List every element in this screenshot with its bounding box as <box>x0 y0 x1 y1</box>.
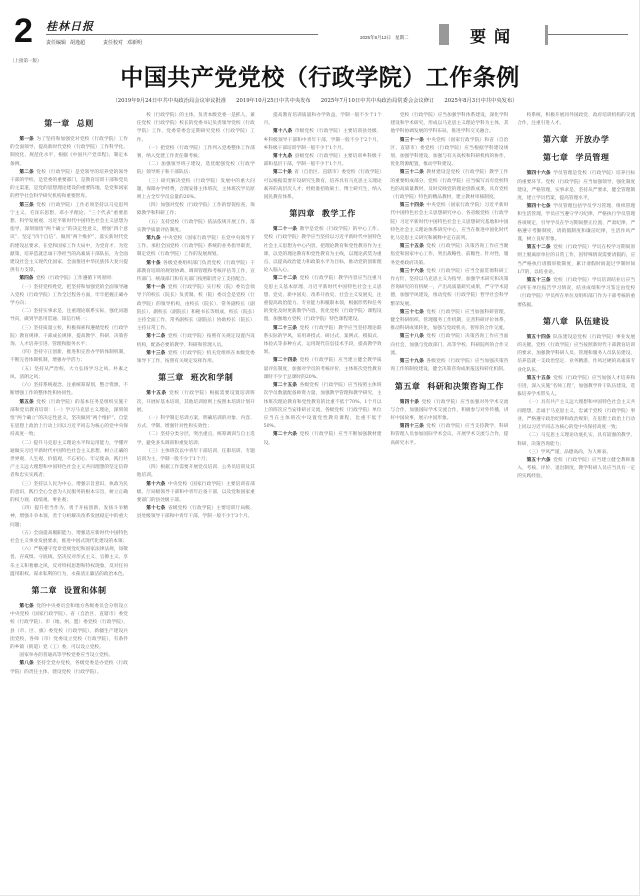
article-paragraph: 第二十六条 党校（行政学院）应当不断加强教材建设。 <box>264 431 382 447</box>
article-paragraph: 第三十九条 各级党校（行政学院）应当加强决策咨询工作的制度建设，健全决策咨询成果… <box>390 358 508 374</box>
body-paragraph: （二）加强领导班子建设，选优配强党校（行政学院）领导班子和干部队伍； <box>137 161 255 177</box>
chapter-title: 科研和决策咨询工作 <box>427 382 504 391</box>
paragraph-text: （三）主体班次以中青年干部培训、任职培训、专题培训为主，学制一般不少于1个月； <box>137 449 255 462</box>
article-label: 第二十六条 <box>273 432 300 437</box>
article-paragraph: 第四十六条 学员管理是党校（行政学院）培养目标的重要环节。党校（行政学院）应当加… <box>517 170 635 203</box>
article-label: 第五十六条 <box>527 458 554 463</box>
editor-credits: 责任编辑胡逸超责任校对邓新明 <box>46 39 146 46</box>
weekday-text: 星期二 <box>395 35 409 40</box>
chapter-title: 总则 <box>77 119 94 128</box>
paragraph-text: 党的中央委员会和地方各级委员会分别设立中央党校（国家行政学院）、省（自治区、直辖… <box>10 604 128 650</box>
paragraph-text: （四）提升担当作为，勇于开拓创新，发扬斗争精神，增强斗争本领，善于分析解决改革发… <box>10 506 128 527</box>
chapter-heading: 第三章班次和学制 <box>137 372 255 384</box>
subline-part: 2025年7月10日中共中央政治局常委会会议修订 <box>321 98 435 104</box>
body-paragraph: （四）根据工作需要开展党员培训、公务员培训及其他培训。 <box>137 464 255 480</box>
article-paragraph: 第十条 各级党委组织部门负责党校（行政学院）干部教育培训的规划协调、调训管理和考… <box>137 260 255 285</box>
article-label: 第二十条 <box>273 170 294 175</box>
article-label: 第三条 <box>19 203 36 208</box>
article-paragraph: 第五条 党校（行政学院）的基本任务是组织实施干部和党员教育培训：（一）学习马克思… <box>10 399 128 440</box>
article-label: 第三十六条 <box>400 269 427 274</box>
body-paragraph: （二）提升马克思主义理论水平和运用能力，学懂弄通做实习近平新时代中国特色社会主义… <box>10 440 128 481</box>
article-label: 第九条 <box>146 236 163 241</box>
article-subline: （2019年9月24日中共中央政治局会议审议批准2019年10月25日中共中央发… <box>0 96 640 104</box>
article-paragraph: 第三十二条 教材建设是党校（行政学院）教学工作的重要组成部分，党校（行政学院）应… <box>390 169 508 202</box>
paragraph-text: 党校（行政学院）工作遵循下列原则： <box>36 276 116 281</box>
article-label: 第四条 <box>19 276 35 281</box>
date-text: 2025年8月12日 <box>360 35 391 40</box>
article-paragraph: 第十五条 党校（行政学院）根据需要设置培训班次，开展好基本培训，其他培训原则上按… <box>137 390 255 415</box>
paragraph-text: （二）提升马克思主义理论水平和运用能力，学懂弄通做实习近平新时代中国特色社会主义… <box>10 441 128 479</box>
subline-part: 2019年10月25日中共中央发布 <box>236 98 311 104</box>
article-label: 第二十四条 <box>273 358 300 363</box>
article-label: 第五十四条 <box>527 335 554 340</box>
article-paragraph: 第二十五条 各级党校（行政学院）应当按照主体班次学员数量配备师资力量，加强教学管… <box>264 382 382 431</box>
paragraph-text: 校系统，积极开展同外国政党、政府培训机构的交流合作，注重引进人才。 <box>517 113 635 126</box>
article-label: 第四十六条 <box>527 171 554 176</box>
article-paragraph: 第五十五条 党校（行政学院）应当加强人才培养和引进，深入实施“名师工程”，加强教… <box>517 375 635 400</box>
body-paragraph: （二）马克思主义理论功底扎实，具有较强的教学、科研、决策咨询能力； <box>517 432 635 448</box>
article-label: 第二十二条 <box>273 276 300 281</box>
article-paragraph: 第四十七条 学员管理包括学员学习管理、组织管理和生活管理。学员应当遵守学习纪律，… <box>517 203 635 244</box>
body-paragraph: （三）学风严谨，品德高尚，为人师表。 <box>517 449 635 457</box>
chapter-number: 第六章 <box>543 135 569 144</box>
article-paragraph: 第二十条 省（自治区、直辖市）委党校（行政学院）可以根据需要开设研究生教育，培养… <box>264 169 382 202</box>
article-label: 第五条 <box>19 400 36 405</box>
chapter-heading: 第七章学员管理 <box>517 152 635 164</box>
paragraph-text: （二）坚持实事求是，注重理论联系实际，强化问题导向，做到学思用贯通、知信行统一； <box>10 309 128 322</box>
chapter-title: 开放办学 <box>575 135 609 144</box>
article-paragraph: 第十九条 县级党校（行政学院）主要培训乡科级干部和基层干部，学制一般不少于1个月… <box>264 153 382 169</box>
body-paragraph: （一）科学制定培训方案，明确培训的对象、内容、方式、学制，增强针对性和实效性； <box>137 415 255 431</box>
paragraph-text: （二）坚持分类分层，突出重点，统筹调训与自主选学，避免多头调训和重复培训； <box>137 432 255 445</box>
article-label: 第十九条 <box>273 154 295 159</box>
proof-label: 责任校对 <box>103 40 123 46</box>
body-paragraph: （六）严格遵守党章党规党纪和国家法律法规，知敬畏、存戒惧、守底线，坚决反对形式主… <box>10 546 128 579</box>
paragraph-text: 学员管理包括学员学习管理、组织管理和生活管理。学员应当遵守学习纪律，严格执行学员… <box>517 204 635 242</box>
article-label: 第四十三条 <box>400 424 427 429</box>
paragraph-text: （一）具有共产主义远大理想和中国特色社会主义共同理想，忠诚于马克思主义，忠诚于党… <box>517 400 635 430</box>
paragraph-text: 校（行政学院）的主体，负责本级党委一是抓人，兼任党校（行政学院）校长的党委书记负… <box>137 113 255 143</box>
body-paragraph: （五）坚持从严治校，大力弘扬学习之风、朴素之风、清朗之风； <box>10 366 128 382</box>
article-paragraph: 第七条 党的中央委员会和地方各级委员会分别设立中央党校（国家行政学院）、省（自治… <box>10 603 128 652</box>
article-label: 第四十条 <box>400 400 422 405</box>
article-label: 第七条 <box>19 604 36 609</box>
chapter-heading: 第六章开放办学 <box>517 134 635 146</box>
article-paragraph: 第八条 坚持全党办党校，各级党委是办党校（行政学院）的责任主体，建设党校（行政学… <box>10 660 128 676</box>
article-paragraph: 第三十六条 党校（行政学院）应当全面贯彻科研工作方针，坚持以马克思主义为指导，加… <box>390 268 508 309</box>
paragraph-text: 党校（行政学院）工作必须坚持以马克思列宁主义、毛泽东思想、邓小平理论、“三个代表… <box>10 203 128 274</box>
article-paragraph: 第三十七条 党校（行政学院）应当加强科研管理，健全科研组织、管理服务工作机制，完… <box>390 309 508 334</box>
body-paragraph: （三）研究解决党校（行政学院）发展中的重大问题，保障办学经费，合理安排主体班次，… <box>137 178 255 203</box>
article-paragraph: 第十七条 省级党校（行政学院）主要培训厅局级、县处级领导干部和中青年干部，学制一… <box>137 505 255 521</box>
chapter-title: 设置和体制 <box>64 586 107 595</box>
article-paragraph: 第三十五条 党校（行政学院）决策咨询工作应当聚焦党和国家中心工作，突出战略性、前… <box>390 243 508 268</box>
article-paragraph: 第五十二条 党校（行政学院）学员在校学习期间原则上脱离原单位的日常工作，因特殊情… <box>517 244 635 277</box>
paragraph-text: （六）严格遵守党章党规党纪和国家法律法规，知敬畏、存戒惧、守底线，坚决反对形式主… <box>10 547 128 577</box>
article-paragraph: 第四十条 党校（行政学院）应当加强对外学术交流与合作，加强国际学术交流合作，积极… <box>390 399 508 424</box>
editor-name: 胡逸超 <box>70 40 85 46</box>
chapter-heading: 第四章教学工作 <box>264 208 382 220</box>
body-paragraph: 党校（行政学院）应当加强学科体系建设，深化学科建设和学术研究，形成以马克思主义理… <box>390 112 508 137</box>
article-paragraph: 第二十三条 党校（行政学院）教学应当坚持理论联系实际的学风，采用讲授式、研讨式、… <box>264 325 382 358</box>
chapter-number: 第二章 <box>32 586 58 595</box>
body-paragraph: （三）坚持质量立校，积极探索和遵循党校（行政学院）教育规律，干部成长规律，提高教… <box>10 325 128 350</box>
article-label: 第三十七条 <box>400 310 427 315</box>
chapter-number: 第三章 <box>158 373 184 382</box>
body-paragraph: 国家举办的普通高等学校党委应当设立党校。 <box>10 652 128 660</box>
chapter-heading: 第五章科研和决策咨询工作 <box>390 381 508 393</box>
article-paragraph: 第五十三条 党校（行政学院）学员培训结业后应当向所在单位报告学习情况，结业成绩和… <box>517 277 635 310</box>
article-label: 第八条 <box>19 661 36 666</box>
paragraph-text: （六）坚持系统观念，注重统筹谋划，整合资源，不断增强工作的整体性和协同性。 <box>10 383 128 396</box>
article-paragraph: 第二十二条 党校（行政学院）教学内容应当注重马克思主义基本原理、习近平新时代中国… <box>264 275 382 324</box>
body-paragraph: 校（行政学院）的主体，负责本级党委一是抓人，兼任党校（行政学院）校长的党委书记负… <box>137 112 255 145</box>
paragraph-text: 党校（行政学院）教学内容应当注重马克思主义基本原理、习近平新时代中国特色社会主义… <box>264 276 382 322</box>
article-label: 第五十二条 <box>527 245 554 250</box>
paragraph-text: 党校（行政学院）实行校（院）委员会领导下的校长（院长）负责制。校（院）委员会是党… <box>137 285 255 331</box>
chapter-heading: 第八章队伍建设 <box>517 316 635 328</box>
text-column: 校系统，积极开展同外国政党、政府培训机构的交流合作，注重引进人才。第六章开放办学… <box>517 112 635 892</box>
body-paragraph: 提高教育培训质量和办学效益，学制一般不少于1个月。 <box>264 112 382 128</box>
paragraph-text: （五）支持党校（行政学院）依法依规开展工作，落实教学质量评估制度。 <box>137 220 255 233</box>
text-column: 党校（行政学院）应当加强学科体系建设，深化学科建设和学术研究，形成以马克思主义理… <box>390 112 508 892</box>
paragraph-text: （四）根据工作需要开展党员培训、公务员培训及其他培训。 <box>137 465 255 478</box>
article-paragraph: 第二十一条 教学是党校（行政学院）的中心工作。党校（行政学院）教学应当坚持以习近… <box>264 226 382 275</box>
chapter-number: 第七章 <box>543 153 569 162</box>
paragraph-text: （一）科学制定培训方案，明确培训的对象、内容、方式、学制，增强针对性和实效性； <box>137 416 255 429</box>
article-label: 第一条 <box>19 137 36 142</box>
text-column: 提高教育培训质量和办学效益，学制一般不少于1个月。第十八条 市级党校（行政学院）… <box>264 112 382 892</box>
article-label: 第十二条 <box>146 334 168 339</box>
section-marker-right <box>545 25 548 45</box>
body-paragraph: （三）坚持以人民为中心，增强宗旨意识，执政为民的意识，践行全心全意为人民服务的根… <box>10 481 128 506</box>
chapter-title: 学员管理 <box>575 153 609 162</box>
chapter-title: 班次和学制 <box>191 373 234 382</box>
paragraph-text: （三）坚持质量立校，积极探索和遵循党校（行政学院）教育规律，干部成长规律，提高教… <box>10 326 128 347</box>
paragraph-text: 党校（行政学院）应当全面贯彻科研工作方针，坚持以马克思主义为指导，加强学术研究和… <box>390 269 508 307</box>
chapter-heading: 第一章总则 <box>10 118 128 130</box>
article-label: 第十五条 <box>146 391 169 396</box>
paragraph-text: 各级党校（行政学院）应当按照主体班次学员数量配备师资力量，加强教学管理和教学研究… <box>264 383 382 429</box>
article-paragraph: 第三十一条 中央党校（国家行政学院）和省（自治区、直辖市）委党校（行政学院）应当… <box>390 137 508 170</box>
article-label: 第三十二条 <box>400 170 427 175</box>
section-title: 要闻 <box>470 24 518 47</box>
paragraph-text: 党校（行政学院）应当加强学科体系建设，深化学科建设和学术研究，形成以马克思主义理… <box>390 113 508 134</box>
paragraph-text: （三）研究解决党校（行政学院）发展中的重大问题，保障办学经费，合理安排主体班次，… <box>137 179 255 200</box>
article-label: 第十八条 <box>273 129 295 134</box>
masthead-rule-right <box>548 34 628 35</box>
article-paragraph: 第九条 中央党校（国家行政学院）在党中央领导下工作，承担全国党校（行政学院）系统… <box>137 235 255 260</box>
article-paragraph: 第三条 党校（行政学院）工作必须坚持以马克思列宁主义、毛泽东思想、邓小平理论、“… <box>10 202 128 276</box>
paragraph-text: （二）马克思主义理论功底扎实，具有较强的教学、科研、决策咨询能力； <box>517 433 635 446</box>
paragraph-text: （四）加强对党校（行政学院）工作的督促检查，保障教学和科研工作； <box>137 203 255 216</box>
chapter-number: 第四章 <box>289 209 315 218</box>
newspaper-name: 桂林日报 <box>46 18 94 34</box>
article-paragraph: 第十八条 市级党校（行政学院）主要培训县处级、乡科级领导干部和中青年干部，学制一… <box>264 128 382 153</box>
article-label: 第二十五条 <box>273 383 300 388</box>
article-label: 第四十七条 <box>527 204 554 209</box>
issue-date: 2025年8月12日星期二 <box>360 35 413 41</box>
paragraph-text: 党校（行政学院）的基本任务是组织实施干部和党员教育培训：（一）学习马克思主义理论… <box>10 400 128 438</box>
body-paragraph: （五）支持党校（行政学院）依法依规开展工作，落实教学质量评估制度。 <box>137 219 255 235</box>
article-paragraph: 第三十四条 中央党校（国家行政学院）习近平新时代中国特色社会主义思想研究中心、各… <box>390 202 508 243</box>
article-paragraph: 第十三条 党校（行政学院）机关党组织在本级党委领导下工作，按照有关规定发挥作用。 <box>137 350 255 366</box>
article-paragraph: 第十六条 中央党校（国家行政学院）主要培训省部级、厅局级领导干部和中青年后备干部… <box>137 481 255 506</box>
body-paragraph: （一）坚持党校姓党，把坚持和加强党的全面领导融入党校（行政学院）工作全过程各方面… <box>10 284 128 309</box>
chapter-number: 第一章 <box>44 119 70 128</box>
body-paragraph: 校系统，积极开展同外国政党、政府培训机构的交流合作，注重引进人才。 <box>517 112 635 128</box>
text-column: 第一章总则第一条 为了坚持和加强党对党校（行政学院）工作的全面领导，提高新时代党… <box>10 112 128 892</box>
article-label: 第十三条 <box>146 351 168 356</box>
text-column: 校（行政学院）的主体，负责本级党委一是抓人，兼任党校（行政学院）校长的党委书记负… <box>137 112 255 892</box>
paragraph-text: （一）把党校（行政学院）工作列入党委整体工作部署，纳入党建工作责任制考核； <box>137 146 255 159</box>
body-paragraph: （五）全面提高履职能力，增强适应新时代中国特色社会主义事业发展要求，推进中国式现… <box>10 530 128 546</box>
body-paragraph: （六）坚持系统观念，注重统筹谋划，整合资源，不断增强工作的整体性和协同性。 <box>10 382 128 398</box>
newspaper-page: 2 桂林日报 责任编辑胡逸超责任校对邓新明 2025年8月12日星期二 要闻 （… <box>0 0 640 896</box>
article-label: 第二条 <box>19 170 36 175</box>
paragraph-text: （五）坚持从严治校，大力弘扬学习之风、朴素之风、清朗之风； <box>10 367 128 380</box>
chapter-number: 第五章 <box>395 382 421 391</box>
article-label: 第十一条 <box>146 285 168 290</box>
chapter-number: 第八章 <box>543 317 569 326</box>
body-paragraph: （一）把党校（行政学院）工作列入党委整体工作部署，纳入党建工作责任制考核； <box>137 145 255 161</box>
paragraph-text: 国家举办的普通高等学校党委应当设立党校。 <box>19 653 113 658</box>
editor-label: 责任编辑 <box>46 40 66 46</box>
body-paragraph: （二）坚持分类分层，突出重点，统筹调训与自主选学，避免多头调训和重复培训； <box>137 431 255 447</box>
paragraph-text: （三）学风严谨，品德高尚，为人师表。 <box>527 450 611 455</box>
paragraph-text: （四）坚持守正创新，推进和完善办学的体制机制，不断完善体制机制，增强办学活力； <box>10 350 128 363</box>
article-label: 第三十九条 <box>400 359 427 364</box>
article-label: 第五十三条 <box>527 278 554 283</box>
subline-part: （2019年9月24日中共中央政治局会议审议批准 <box>112 98 226 104</box>
article-label: 第二十三条 <box>273 326 300 331</box>
article-paragraph: 第十二条 党校（行政学院）按照有关规定设置内设机构，配备必要的教学、科研和管理人… <box>137 333 255 349</box>
paragraph-text: （三）坚持以人民为中心，增强宗旨意识，执政为民的意识，践行全心全意为人民服务的根… <box>10 482 128 503</box>
section-marker-left <box>439 24 449 45</box>
masthead-rule-left <box>46 34 318 35</box>
article-label: 第五十五条 <box>527 376 554 381</box>
page-number: 2 <box>14 14 31 48</box>
paragraph-text: 教学是党校（行政学院）的中心工作。党校（行政学院）教学应当坚持以习近平新时代中国… <box>264 227 382 273</box>
article-paragraph: 第二条 党校（行政学院）是党领导的培养党的领导干部的学校，是党委的重要部门，是教… <box>10 169 128 202</box>
article-paragraph: 第四十三条 党校（行政学院）应当支持教学、科研和管理人员参加国际学术会议，开展学… <box>390 423 508 448</box>
body-paragraph: （四）提升担当作为，勇于开拓创新，发扬斗争精神，增强斗争本领，善于分析解决改革发… <box>10 505 128 530</box>
article-label: 第三十一条 <box>400 138 427 143</box>
article-headline: 中国共产党党校（行政学院）工作条例 <box>0 63 640 93</box>
body-paragraph: （四）坚持守正创新，推进和完善办学的体制机制，不断完善体制机制，增强办学活力； <box>10 349 128 365</box>
body-paragraph: （一）具有共产主义远大理想和中国特色社会主义共同理想，忠诚于马克思主义，忠诚于党… <box>517 399 635 432</box>
article-paragraph: 第五十六条 党校（行政学院）应当建立健全教师准入、考核、评价、退出制度，教学科研… <box>517 457 635 482</box>
article-paragraph: 第十一条 党校（行政学院）实行校（院）委员会领导下的校长（院长）负责制。校（院）… <box>137 284 255 333</box>
paragraph-text: 提高教育培训质量和办学效益，学制一般不少于1个月。 <box>264 113 382 126</box>
subline-part: 2025年8月3日中共中央发布） <box>444 98 517 104</box>
paragraph-text: 中央党校（国家行政学院）习近平新时代中国特色社会主义思想研究中心、各省级党校（行… <box>390 203 508 241</box>
article-body: 第一章总则第一条 为了坚持和加强党对党校（行政学院）工作的全面领导，提高新时代党… <box>10 112 632 892</box>
paragraph-text: （一）坚持党校姓党，把坚持和加强党的全面领导融入党校（行政学院）工作全过程各方面… <box>10 285 128 306</box>
article-paragraph: 第一条 为了坚持和加强党对党校（行政学院）工作的全面领导，提高新时代党校（行政学… <box>10 136 128 169</box>
paragraph-text: 队伍建设是党校（行政学院）事业发展的关键。党校（行政学院）应当按照新时代干部教育… <box>517 335 635 373</box>
body-paragraph: （二）坚持实事求是，注重理论联系实际，强化问题导向，做到学思用贯通、知信行统一； <box>10 308 128 324</box>
article-paragraph: 第二十四条 党校（行政学院）应当建立健全教学质量评估制度，加强对学员的考核评价，… <box>264 357 382 382</box>
body-paragraph: （四）加强对党校（行政学院）工作的督促检查，保障教学和科研工作； <box>137 202 255 218</box>
article-label: 第三十八条 <box>400 334 427 339</box>
chapter-title: 队伍建设 <box>575 317 609 326</box>
article-label: 第二十一条 <box>273 227 300 232</box>
article-paragraph: 第五十四条 队伍建设是党校（行政学院）事业发展的关键。党校（行政学院）应当按照新… <box>517 334 635 375</box>
article-label: 第三十四条 <box>400 203 427 208</box>
chapter-title: 教学工作 <box>322 209 356 218</box>
proof-name: 邓新明 <box>127 40 142 46</box>
paragraph-text: （五）全面提高履职能力，增强适应新时代中国特色社会主义事业发展要求，推进中国式现… <box>10 531 128 544</box>
article-label: 第十条 <box>146 261 163 266</box>
article-label: 第十七条 <box>146 506 168 511</box>
article-paragraph: 第三十八条 党校（行政学院）决策咨询工作应当面向社会，加强与党政部门、高等学校、… <box>390 333 508 358</box>
chapter-heading: 第二章设置和体制 <box>10 585 128 597</box>
article-label: 第三十五条 <box>400 244 427 249</box>
article-paragraph: 第四条 党校（行政学院）工作遵循下列原则： <box>10 275 128 283</box>
article-label: 第十六条 <box>146 482 168 487</box>
body-paragraph: （三）主体班次以中青年干部培训、任职培训、专题培训为主，学制一般不少于1个月； <box>137 448 255 464</box>
paragraph-text: （二）加强领导班子建设，选优配强党校（行政学院）领导班子和干部队伍； <box>137 162 255 175</box>
